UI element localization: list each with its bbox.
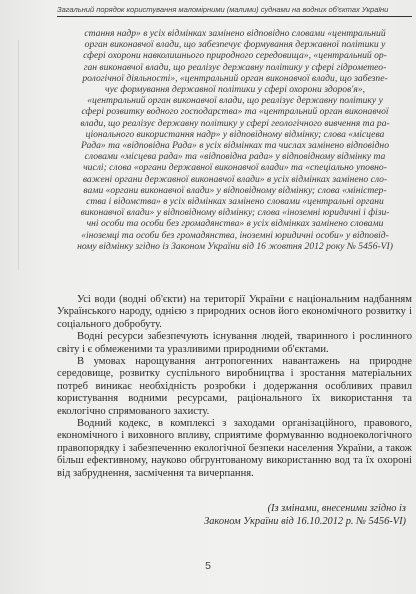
note-line: влади, що реалізує державну політику у с… xyxy=(58,118,412,129)
note-line: «центральний орган виконавчої влади, що … xyxy=(58,95,412,106)
page-fold-shadow xyxy=(18,40,19,270)
note-line: виконавчої влади» у відповідному відмінк… xyxy=(58,207,412,218)
note-line: сфері розвитку водного господарства» та … xyxy=(58,106,412,117)
note-line: словами «місцева рада» та «відповідна ра… xyxy=(58,151,412,162)
body-paragraph: Водний кодекс, в комплексі з заходами ор… xyxy=(57,418,412,480)
body-paragraph: Водні ресурси забезпечують існування люд… xyxy=(57,331,412,356)
note-line: стання надр» в усіх відмінках замінено в… xyxy=(58,28,412,39)
body-text: Усі води (водні об'єкти) на території Ук… xyxy=(57,294,412,480)
note-line: «іноземці та особи без громадянства, іно… xyxy=(58,230,412,241)
note-line: важені органи державної виконавчої влади… xyxy=(58,174,412,185)
body-paragraph: В умовах нарощування антропогенних наван… xyxy=(57,356,412,418)
citation-line: (Із змінами, внесеними згідно із xyxy=(106,503,406,516)
note-line: орган виконавчої влади, що забезпечує фо… xyxy=(58,39,412,50)
amendment-citation: (Із змінами, внесеними згідно із Законом… xyxy=(106,503,406,528)
note-line: Рада» та «відповідна Рада» в усіх відмін… xyxy=(58,140,412,151)
note-line: чує формування державної політики у сфер… xyxy=(58,84,412,95)
note-line: ному відмінку згідно із Законом України … xyxy=(58,241,412,252)
amendment-note: стання надр» в усіх відмінках замінено в… xyxy=(58,28,412,252)
body-paragraph: Усі води (водні об'єкти) на території Ук… xyxy=(57,294,412,331)
document-page: Загальний порядок користування маломірни… xyxy=(0,0,416,594)
note-line: числі; слова «органи державної виконавчо… xyxy=(58,162,412,173)
note-line: ган виконавчої влади, що реалізує держав… xyxy=(58,62,412,73)
note-line: ціонального використання надр» у відпові… xyxy=(58,129,412,140)
note-line: вами «органи виконавчої влади» у відпові… xyxy=(58,185,412,196)
note-line: рологічної діяльності», «центральний орг… xyxy=(58,73,412,84)
note-line: ства і відомства» в усіх відмінках замін… xyxy=(58,196,412,207)
note-line: сфері охорони навколишнього природного с… xyxy=(58,50,412,61)
citation-line: Законом України від 16.10.2012 р. № 5456… xyxy=(106,516,406,529)
running-header: Загальний порядок користування маломірни… xyxy=(57,5,412,17)
page-number: 5 xyxy=(198,560,218,572)
note-line: чні особи та особи без громадянства» в у… xyxy=(58,218,412,229)
